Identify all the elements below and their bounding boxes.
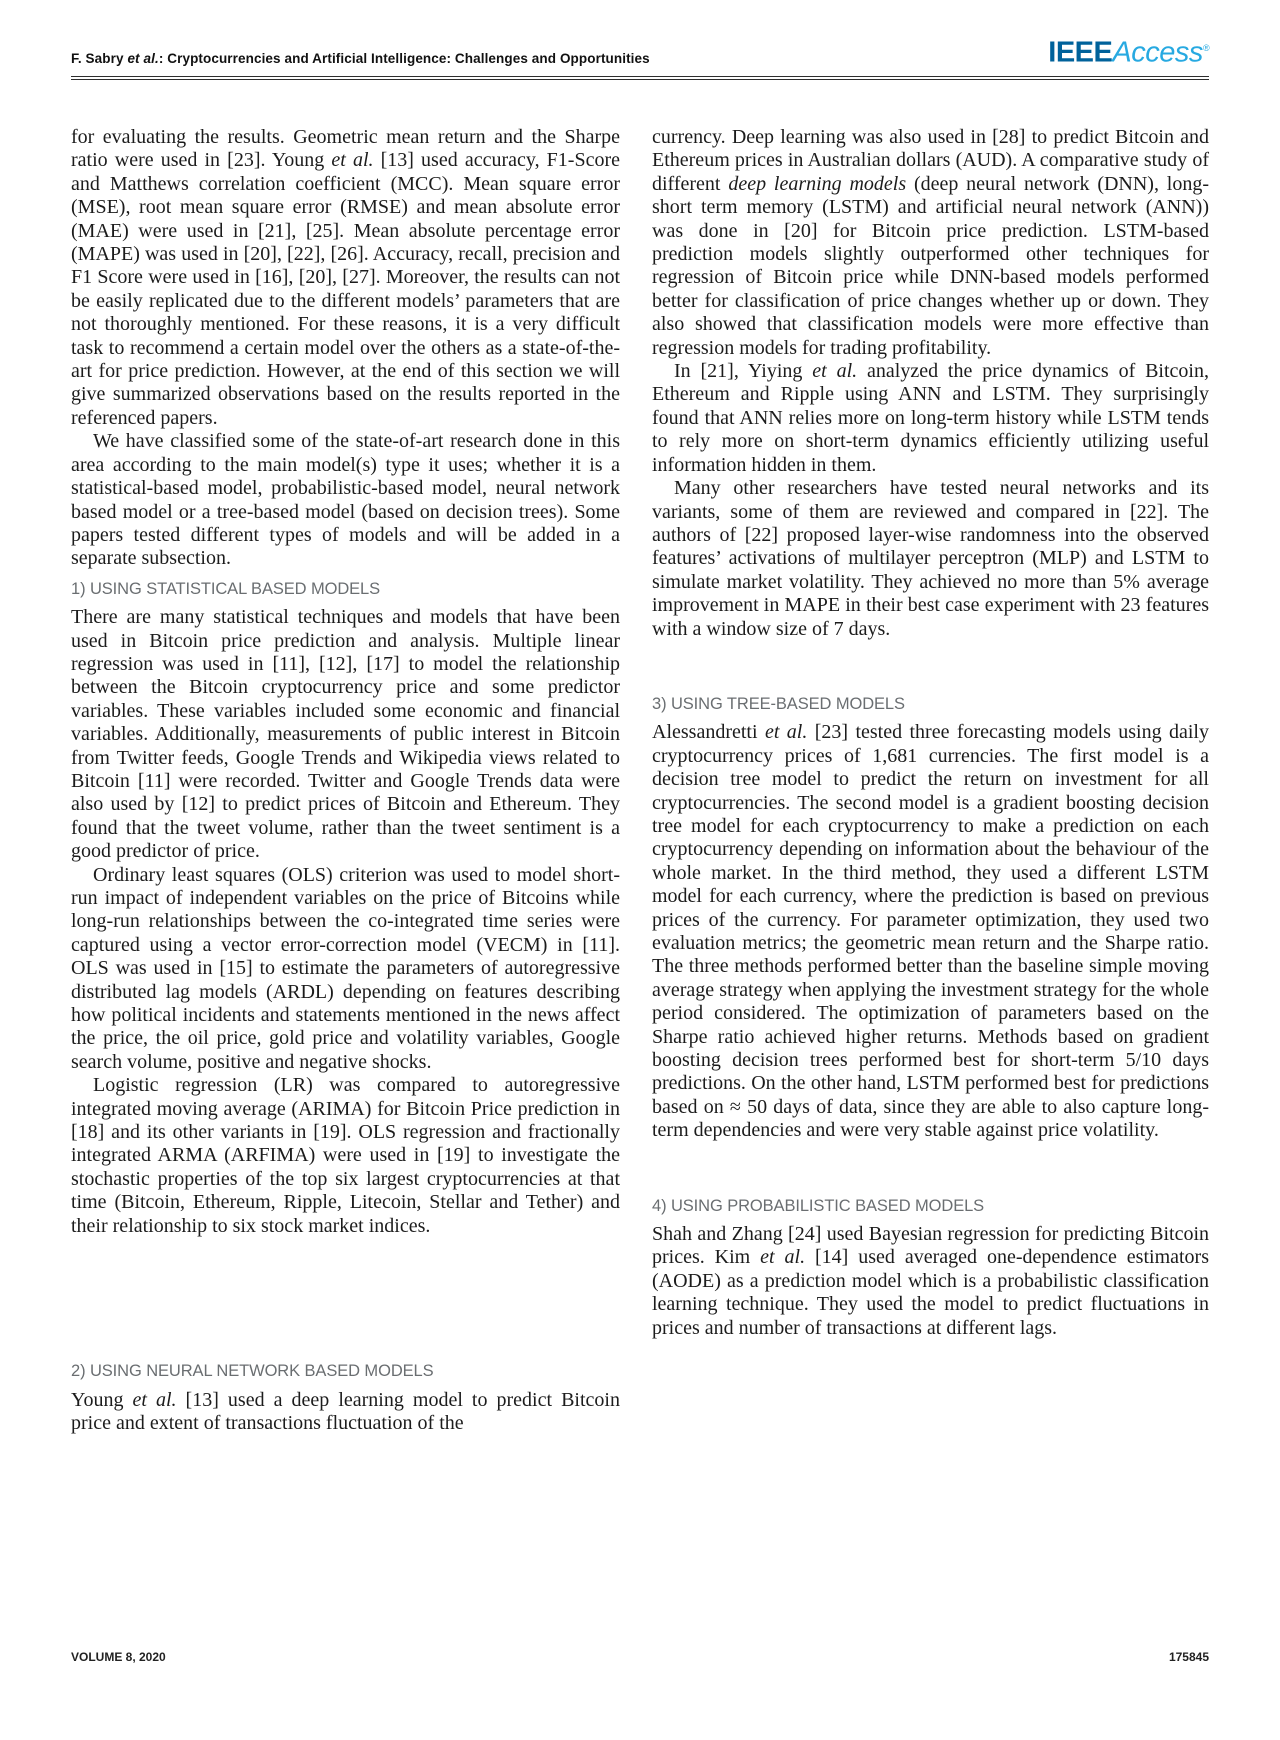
paragraph: currency. Deep learning was also used in… [652,126,1209,360]
paragraph: Logistic regression (LR) was compared to… [71,1074,620,1238]
paragraph: Ordinary least squares (OLS) criterion w… [71,864,620,1075]
running-head: F. Sabry et al.: Cryptocurrencies and Ar… [71,51,650,68]
section-heading: 4) USING PROBABILISTIC BASED MODELS [652,1195,1209,1218]
ieee-access-logo: IEEEAccess® [1048,34,1209,68]
column-left: for evaluating the results. Geometric me… [71,126,620,1435]
column-right: currency. Deep learning was also used in… [652,126,1209,1435]
access-logo-text: Access [1112,37,1202,69]
paragraph: In [21], Yiying et al. analyzed the pric… [652,360,1209,477]
paragraph: There are many statistical techniques an… [71,606,620,863]
section-heading: 2) USING NEURAL NETWORK BASED MODELS [71,1360,620,1383]
paper-page: { "header": { "running_head": "F. Sabry … [0,0,1280,1740]
footer-page-number: 175845 [1169,1650,1209,1664]
paragraph: Young et al. [13] used a deep learning m… [71,1389,620,1436]
paragraph: Many other researchers have tested neura… [652,477,1209,641]
paragraph: Alessandretti et al. [23] tested three f… [652,721,1209,1142]
footer-volume: VOLUME 8, 2020 [71,1650,166,1664]
paragraph: Shah and Zhang [24] used Bayesian regres… [652,1223,1209,1340]
article-body: for evaluating the results. Geometric me… [71,126,1209,1435]
paragraph: for evaluating the results. Geometric me… [71,126,620,430]
registered-mark: ® [1203,43,1209,53]
page-footer: VOLUME 8, 2020 175845 [71,1650,1209,1664]
section-heading: 1) USING STATISTICAL BASED MODELS [71,578,620,601]
paragraph: We have classified some of the state-of-… [71,430,620,570]
ieee-logo-text: IEEE [1048,37,1112,69]
section-heading: 3) USING TREE-BASED MODELS [652,693,1209,716]
header-rule [71,76,1209,80]
page-header: F. Sabry et al.: Cryptocurrencies and Ar… [71,34,1209,68]
